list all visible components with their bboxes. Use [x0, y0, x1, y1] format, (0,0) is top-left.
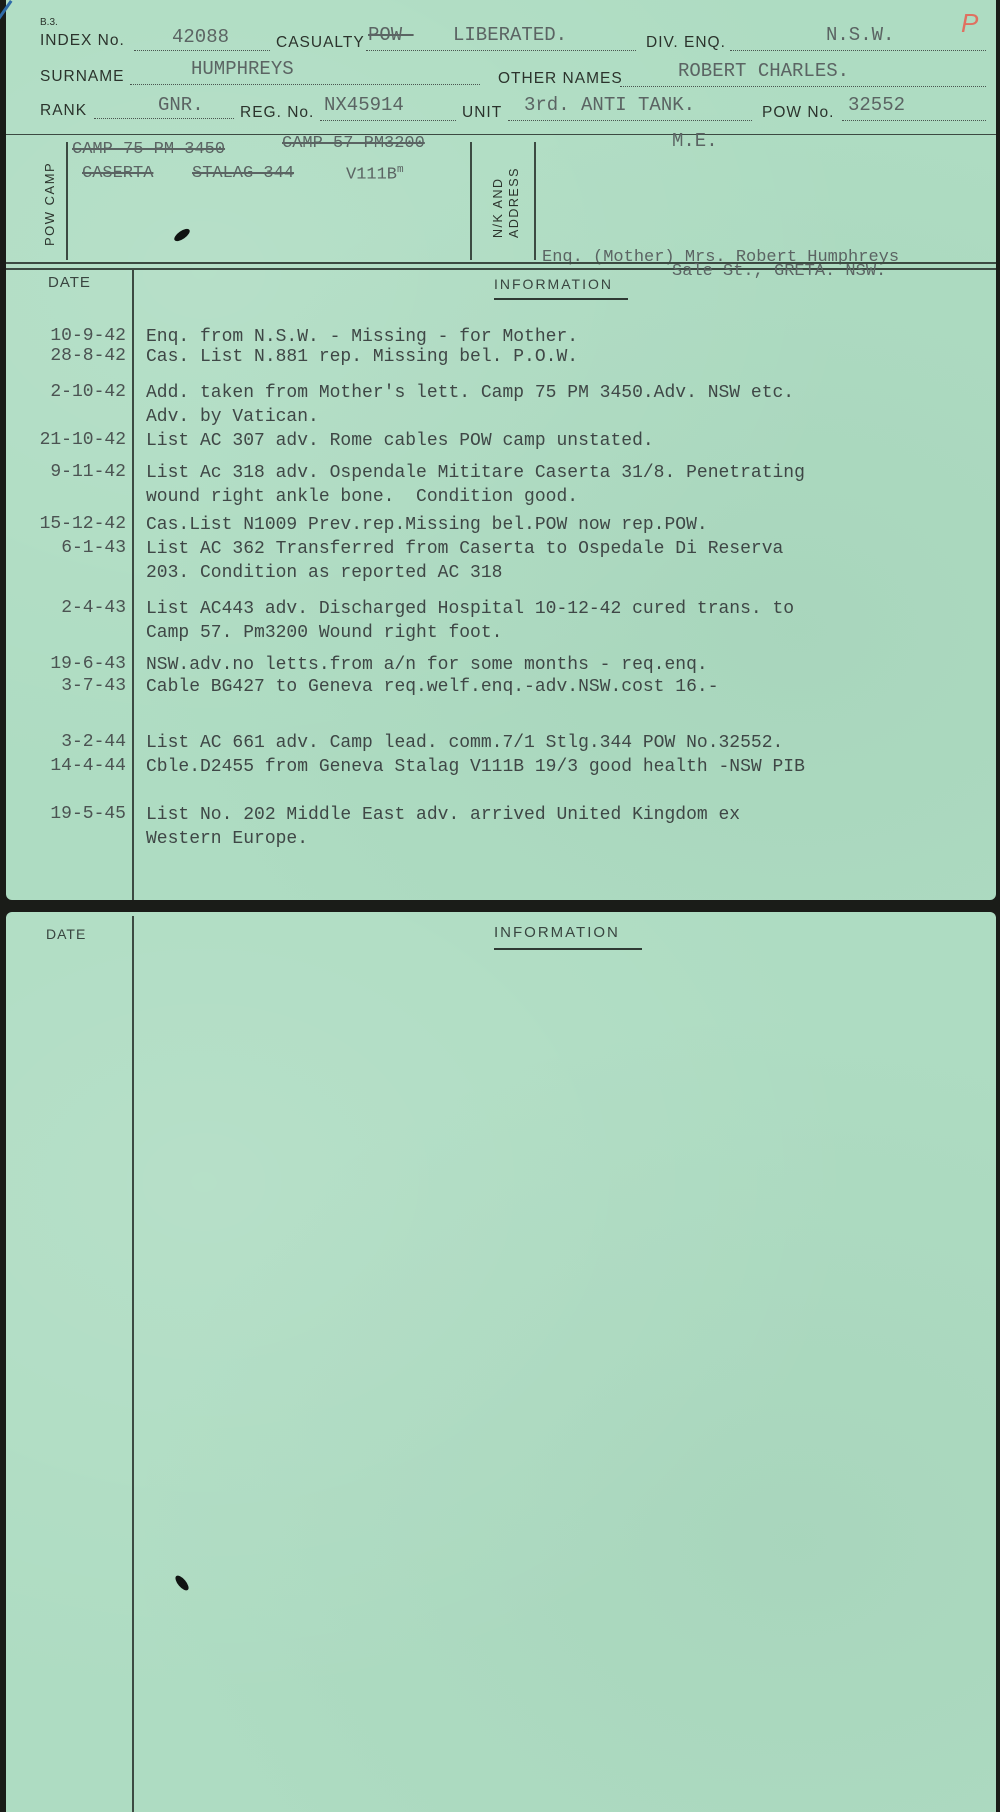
surname-value: HUMPHREYS	[191, 58, 294, 80]
ink-blot-back	[173, 1574, 191, 1593]
nok-label: N/K AND ADDRESS	[490, 167, 522, 238]
reg-no-value: NX45914	[324, 94, 404, 116]
record-card-front: P B.3. INDEX No. 42088 CASUALTY POW- LIB…	[6, 0, 996, 900]
row-information: List AC 307 adv. Rome cables POW camp un…	[146, 430, 1000, 452]
rank-label: RANK	[40, 102, 87, 120]
unit-sub-value: M.E.	[672, 130, 718, 152]
row-date: 3-2-44	[6, 732, 126, 752]
unit-value: 3rd. ANTI TANK.	[524, 94, 695, 116]
casualty-value: LIBERATED.	[453, 24, 567, 46]
row-information: List AC 362 Transferred from Caserta to …	[146, 538, 1000, 560]
row-information: 203. Condition as reported AC 318	[146, 562, 1000, 584]
row-information: Western Europe.	[146, 828, 1000, 850]
row-date: 6-1-43	[6, 538, 126, 558]
pow-camp-struck-2: CAMP 57 PM3200	[282, 134, 425, 153]
row-information: Cable BG427 to Geneva req.welf.enq.-adv.…	[146, 676, 1000, 698]
row-information: Cble.D2455 from Geneva Stalag V111B 19/3…	[146, 756, 1000, 778]
form-code: B.3.	[40, 17, 58, 28]
record-card-back: DATE INFORMATION	[6, 912, 996, 1812]
blue-pencil-mark	[0, 0, 12, 30]
row-information: NSW.adv.no letts.from a/n for some month…	[146, 654, 1000, 676]
nok-line2: Sale St., GRETA. NSW.	[672, 262, 886, 281]
row-information: Enq. from N.S.W. - Missing - for Mother.	[146, 326, 1000, 348]
back-date-header: DATE	[46, 926, 86, 942]
pow-camp-current: V111Bm	[346, 164, 404, 185]
row-date: 9-11-42	[6, 462, 126, 482]
index-no-label: INDEX No.	[40, 32, 125, 50]
row-information: Add. taken from Mother's lett. Camp 75 P…	[146, 382, 1000, 404]
pow-no-label: POW No.	[762, 104, 834, 122]
row-date: 19-6-43	[6, 654, 126, 674]
pow-camp-struck-4: STALAG 344	[192, 164, 294, 183]
row-date: 19-5-45	[6, 804, 126, 824]
pow-camp-struck-1: CAMP 75 PM 3450	[72, 140, 225, 159]
casualty-label: CASUALTY	[276, 34, 365, 52]
rank-value: GNR.	[158, 94, 204, 116]
ink-blot	[172, 227, 191, 244]
row-information: wound right ankle bone. Condition good.	[146, 486, 1000, 508]
pow-no-value: 32552	[848, 94, 905, 116]
row-date: 21-10-42	[6, 430, 126, 450]
row-date: 14-4-44	[6, 756, 126, 776]
row-information: List Ac 318 adv. Ospendale Mititare Case…	[146, 462, 1000, 484]
row-information: List No. 202 Middle East adv. arrived Un…	[146, 804, 1000, 826]
casualty-struck-value: POW-	[368, 24, 414, 46]
pow-camp-label: POW CAMP	[42, 162, 57, 246]
back-information-header: INFORMATION	[494, 924, 620, 941]
unit-label: UNIT	[462, 104, 502, 122]
pow-camp-struck-3: CASERTA	[82, 164, 153, 183]
corner-mark: P	[961, 8, 978, 39]
div-enq-label: DIV. ENQ.	[646, 34, 726, 52]
row-information: Adv. by Vatican.	[146, 406, 1000, 428]
row-date: 28-8-42	[6, 346, 126, 366]
other-names-label: OTHER NAMES	[498, 70, 623, 88]
surname-label: SURNAME	[40, 68, 125, 86]
index-no-value: 42088	[172, 26, 229, 48]
row-information: Cas.List N1009 Prev.rep.Missing bel.POW …	[146, 514, 1000, 536]
row-information: List AC 661 adv. Camp lead. comm.7/1 Stl…	[146, 732, 1000, 754]
div-enq-value: N.S.W.	[826, 24, 894, 46]
row-date: 3-7-43	[6, 676, 126, 696]
row-information: Camp 57. Pm3200 Wound right foot.	[146, 622, 1000, 644]
date-header: DATE	[48, 274, 91, 291]
row-date: 15-12-42	[6, 514, 126, 534]
other-names-value: ROBERT CHARLES.	[678, 60, 849, 82]
reg-no-label: REG. No.	[240, 104, 314, 122]
information-header: INFORMATION	[494, 276, 613, 292]
row-information: List AC443 adv. Discharged Hospital 10-1…	[146, 598, 1000, 620]
row-date: 10-9-42	[6, 326, 126, 346]
row-date: 2-10-42	[6, 382, 126, 402]
row-information: Cas. List N.881 rep. Missing bel. P.O.W.	[146, 346, 1000, 368]
row-date: 2-4-43	[6, 598, 126, 618]
